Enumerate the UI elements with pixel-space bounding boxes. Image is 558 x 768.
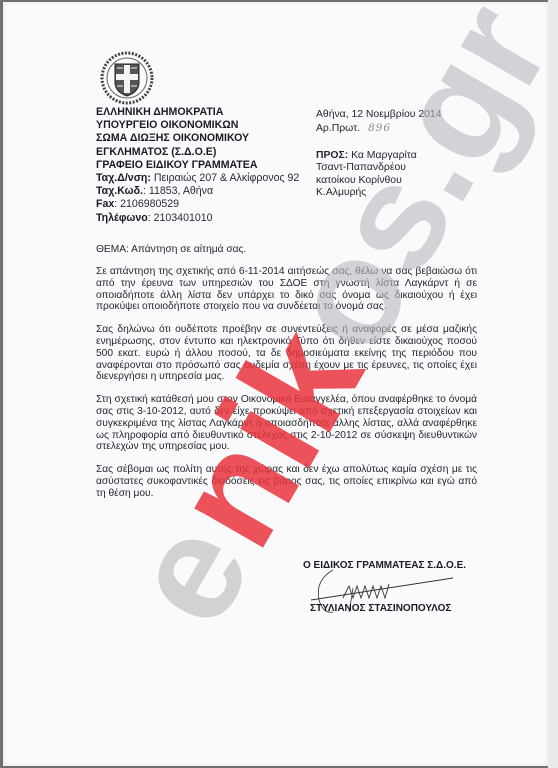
signatory-name: ΣΤΥΛΙΑΝΟΣ ΣΤΑΣΙΝΟΠΟΥΛΟΣ bbox=[310, 603, 451, 614]
letter-meta: Αθήνα, 12 Νοεμβρίου 2014 Αρ.Πρωτ.896 bbox=[316, 109, 441, 135]
page-edge bbox=[548, 0, 558, 768]
paragraph: Στη σχετική κατάθεσή μου στον Οικονομικό… bbox=[96, 394, 477, 453]
recipient-line: κατοίκου Κορίνθου bbox=[316, 175, 417, 187]
recipient-block: ΠΡΟΣ: Κα Μαργαρίτα Τσαντ-Παπανδρέου κατο… bbox=[316, 150, 417, 200]
protocol-row: Αρ.Πρωτ.896 bbox=[316, 122, 441, 136]
recipient-label: ΠΡΟΣ: bbox=[316, 150, 348, 161]
paragraph: Σας δηλώνω ότι ουδέποτε προέβην σε συνεν… bbox=[96, 324, 477, 383]
recipient-line: Τσαντ-Παπανδρέου bbox=[316, 162, 417, 174]
letterhead-line: ΕΛΛΗΝΙΚΗ ΔΗΜΟΚΡΑΤΙΑ bbox=[96, 106, 299, 119]
phone-row: Τηλέφωνο: 2103401010 bbox=[96, 212, 299, 225]
letterhead-line: ΣΩΜΑ ΔΙΩΞΗΣ ΟΙΚΟΝΟΜΙΚΟΥ bbox=[96, 132, 299, 145]
address-row: Ταχ.Δ/νση: Πειραιώς 207 & Αλκίφρονος 92 bbox=[96, 172, 299, 185]
greek-coat-of-arms-icon bbox=[99, 50, 155, 106]
fax-row: Fax: 2106980529 bbox=[96, 198, 299, 211]
letter-body: Σε απάντηση της σχετικής από 6-11-2014 α… bbox=[96, 266, 477, 511]
paragraph: Σε απάντηση της σχετικής από 6-11-2014 α… bbox=[96, 266, 477, 313]
letterhead-line: ΕΓΚΛΗΜΑΤΟΣ (Σ.Δ.Ο.Ε) bbox=[96, 146, 299, 159]
recipient-line: Κ.Αλμυρής bbox=[316, 187, 417, 199]
letterhead-line: ΥΠΟΥΡΓΕΙΟ ΟΙΚΟΝΟΜΙΚΩΝ bbox=[96, 119, 299, 132]
place-date: Αθήνα, 12 Νοεμβρίου 2014 bbox=[316, 109, 441, 122]
protocol-number: 896 bbox=[368, 122, 391, 134]
letterhead-line: ΓΡΑΦΕΙΟ ΕΙΔΙΚΟΥ ΓΡΑΜΜΑΤΕΑ bbox=[96, 159, 299, 172]
scanned-letter-page: ΕΛΛΗΝΙΚΗ ΔΗΜΟΚΡΑΤΙΑ ΥΠΟΥΡΓΕΙΟ ΟΙΚΟΝΟΜΙΚΩ… bbox=[3, 2, 548, 766]
paragraph: Σας σέβομαι ως πολίτη αυτής της χώρας κα… bbox=[96, 464, 477, 499]
recipient-name: Κα Μαργαρίτα bbox=[351, 150, 417, 161]
subject-line: ΘΕΜΑ: Απάντηση σε αίτημά σας. bbox=[96, 244, 246, 255]
letterhead: ΕΛΛΗΝΙΚΗ ΔΗΜΟΚΡΑΤΙΑ ΥΠΟΥΡΓΕΙΟ ΟΙΚΟΝΟΜΙΚΩ… bbox=[96, 106, 299, 225]
postcode-row: Ταχ.Κωδ.: 11853, Αθήνα bbox=[96, 185, 299, 198]
